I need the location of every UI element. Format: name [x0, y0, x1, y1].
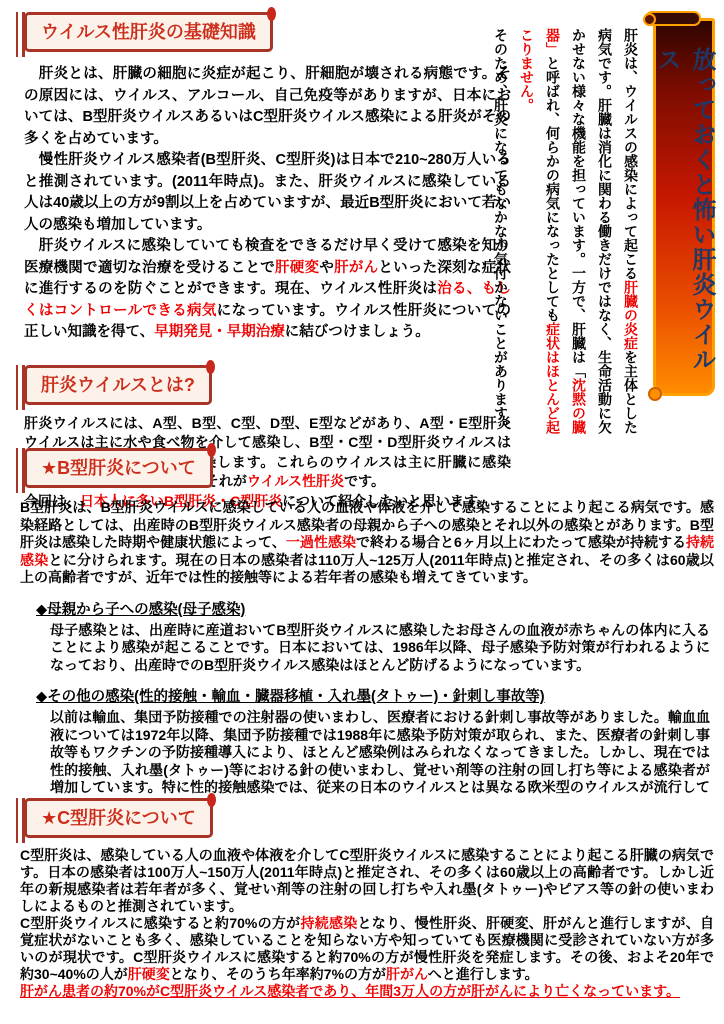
- section-title-hepatitis-c: ★C型肝炎について: [41, 808, 196, 828]
- hepatitis-c-body-text: C型肝炎は、感染している人の血液や体液を介してC型肝炎ウイルスに感染することによ…: [20, 847, 714, 1000]
- section-hepatitis-b: ★B型肝炎について B型肝炎は、B型肝炎ウイルスに感染している人の血液や体液を介…: [14, 448, 714, 818]
- basics-body-text: 肝炎とは、肝臓の細胞に炎症が起こり、肝細胞が壊される病態です。その原因には、ウイ…: [24, 64, 511, 344]
- section-title-what-is: 肝炎ウイルスとは?: [41, 375, 195, 395]
- subsection-heading-other-infection-routes: ◆その他の感染(性的接触・輸血・臓器移植・入れ墨(タトゥー)・針刺し事故等): [36, 685, 714, 706]
- section-hepatitis-c: ★C型肝炎について C型肝炎は、感染している人の血液や体液を介してC型肝炎ウイル…: [14, 798, 714, 1000]
- section-title-hepatitis-b: ★B型肝炎について: [41, 458, 196, 478]
- section-header-hepatitis-c: ★C型肝炎について: [24, 798, 213, 838]
- mother-to-child-body-text: 母子感染とは、出産時に産道おいてB型肝炎ウイルスに感染したお母さんの血液が赤ちゃ…: [50, 622, 710, 675]
- top-left-column: ウイルス性肝炎の基礎知識 肝炎とは、肝臓の細胞に炎症が起こり、肝細胞が壊される病…: [14, 12, 511, 511]
- scroll-top-roll: [645, 11, 701, 26]
- liver-intro-vertical-text: 肝炎は、ウイルスの感染によって起こる肝臓の炎症を主体とした病気です。肝臓は消化に…: [488, 28, 644, 446]
- section-title-basics: ウイルス性肝炎の基礎知識: [41, 22, 256, 42]
- section-header-basics: ウイルス性肝炎の基礎知識: [24, 12, 273, 52]
- scroll-bottom-curl: [648, 387, 662, 401]
- page-title: 放っておくと怖い肝炎ウイルス: [649, 47, 719, 393]
- section-header-hepatitis-b: ★B型肝炎について: [24, 448, 213, 488]
- scroll-ribbon: 放っておくと怖い肝炎ウイルス: [653, 18, 715, 396]
- subsection-heading-mother-to-child: ◆母親から子への感染(母子感染): [36, 598, 714, 619]
- section-header-what-is-hepatitis-virus: 肝炎ウイルスとは?: [24, 365, 212, 405]
- hepatitis-b-body-text: B型肝炎は、B型肝炎ウイルスに感染している人の血液や体液を介して感染することによ…: [20, 499, 714, 587]
- pamphlet-page: ウイルス性肝炎の基礎知識 肝炎とは、肝臓の細胞に炎症が起こり、肝細胞が壊される病…: [0, 0, 724, 1024]
- title-banner-scroll: 放っておくと怖い肝炎ウイルス: [653, 10, 715, 402]
